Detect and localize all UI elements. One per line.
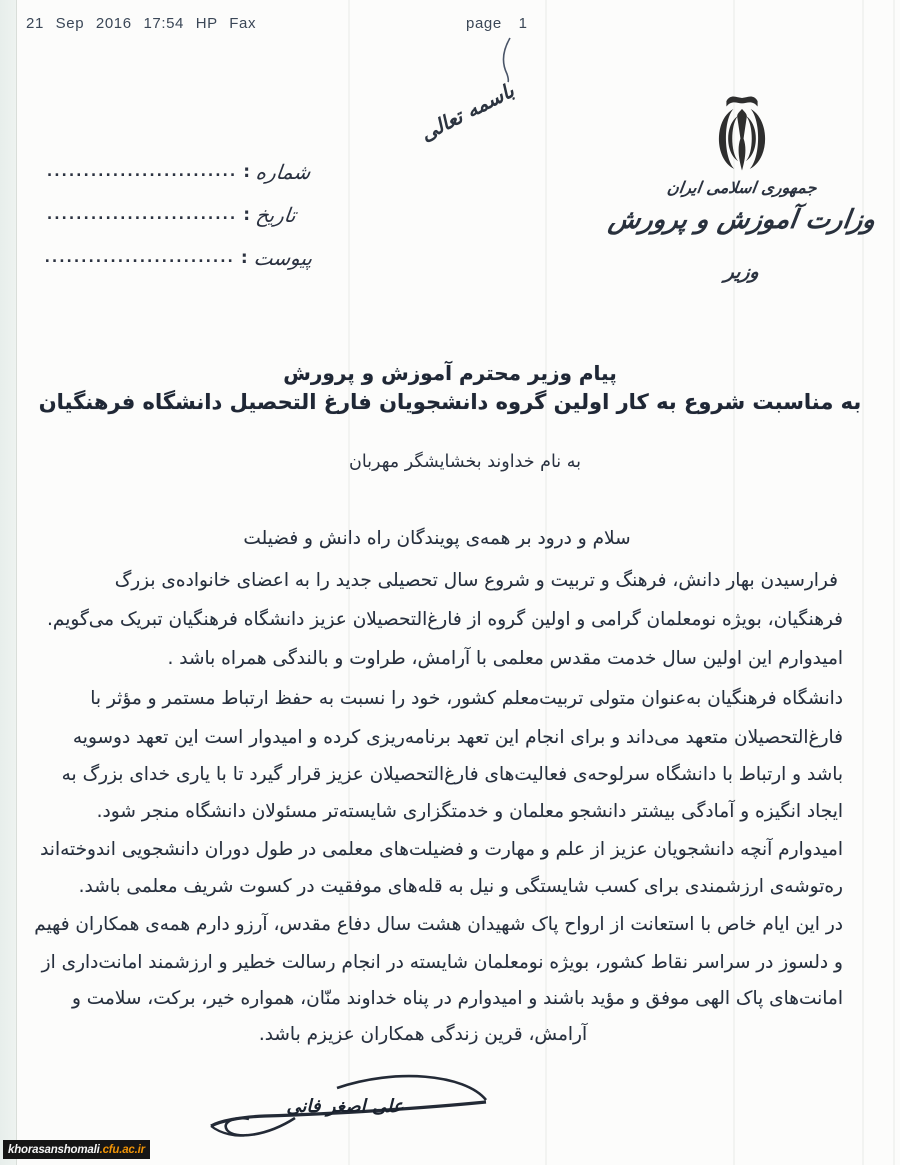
body-line: فرارسیدن بهار دانش، فرهنگ و تربیت و شروع… xyxy=(115,570,838,591)
scan-left-edge-line xyxy=(16,0,17,1165)
body-line: آرامش، قرین زندگی همکاران عزیزم باشد. xyxy=(0,1024,873,1045)
iran-national-emblem-icon xyxy=(703,90,781,180)
letterhead-ministry: وزارت آموزش و پرورش xyxy=(600,205,884,235)
field-date-row: تاریخ : .......................... xyxy=(45,193,312,236)
body-line: امیدوارم این اولین سال خدمت مقدس معلمی ب… xyxy=(168,648,843,669)
body-line: سلام و درود بر همه‌ی پویندگان راه دانش و… xyxy=(0,528,887,549)
reference-fields: شماره : .......................... تاریخ… xyxy=(45,150,312,279)
invocation-line: به نام خداوند بخشایشگر مهربان xyxy=(15,452,900,472)
field-number-row: شماره : .......................... xyxy=(45,150,312,193)
fax-page-number: page 1 xyxy=(466,15,528,32)
scan-left-edge xyxy=(0,0,16,1165)
scan-streak xyxy=(893,0,895,1165)
field-attachment-colon: : xyxy=(241,248,248,268)
body-line: و دلسوز در سراسر نقاط کشور، بویژه نومعلم… xyxy=(42,952,843,973)
watermark-domain: .cfu.ac.ir xyxy=(100,1144,145,1156)
body-line: باشد و ارتباط با دانشگاه سرلوحه‌ی فعالیت… xyxy=(62,764,843,785)
letterhead: جمهوری اسلامی ایران وزارت آموزش و پرورش … xyxy=(602,178,882,283)
letterhead-office: وزیر xyxy=(600,261,883,283)
body-line: ایجاد انگیزه و آمادگی بیشتر دانشجو معلما… xyxy=(97,801,843,822)
body-line: فرهنگیان، بویژه نومعلمان گرامی و اولین گ… xyxy=(47,609,843,630)
watermark-site-name: khorasanshomali xyxy=(8,1144,100,1156)
minister-signature: علی اصغر فانی xyxy=(185,1066,495,1144)
field-attachment-row: پیوست : .......................... xyxy=(45,236,312,279)
field-date-dots: .......................... xyxy=(47,208,237,222)
message-title-line2: به مناسبت شروع به کار اولین گروه دانشجوی… xyxy=(0,390,900,414)
field-date-colon: : xyxy=(243,205,250,225)
field-date-label: تاریخ xyxy=(255,203,314,227)
fax-document-page: 21 Sep 2016 17:54 HP Fax page 1 باسمه تع… xyxy=(0,0,900,1165)
body-line: در این ایام خاص با استعانت از ارواح پاک … xyxy=(34,914,843,935)
fax-header-datetime: 21 Sep 2016 17:54 HP Fax xyxy=(26,15,256,32)
body-line: دانشگاه فرهنگیان به‌عنوان متولی تربیت‌مع… xyxy=(90,688,843,709)
field-attachment-label: پیوست xyxy=(252,246,313,270)
scan-streak xyxy=(862,0,864,1165)
body-line: امیدوارم آنچه دانشجویان عزیز از علم و مه… xyxy=(40,839,843,860)
field-number-label: شماره xyxy=(255,160,314,184)
message-title-line1: پیام وزیر محترم آموزش و پرورش xyxy=(0,361,900,385)
signature-name-text: علی اصغر فانی xyxy=(286,1096,403,1117)
field-number-colon: : xyxy=(243,162,250,182)
bismillah-calligraphy: باسمه تعالی xyxy=(404,72,531,152)
page-word: page xyxy=(466,15,502,32)
letterhead-country: جمهوری اسلامی ایران xyxy=(601,178,884,197)
watermark-url: khorasanshomali.cfu.ac.ir xyxy=(3,1140,150,1159)
page-number: 1 xyxy=(519,15,528,32)
body-line: ره‌توشه‌ی ارزشمندی برای کسب شایستگی و نی… xyxy=(79,876,843,897)
field-attachment-dots: .......................... xyxy=(45,251,235,265)
body-line: امانت‌های پاک الهی موفق و مؤید باشند و ا… xyxy=(72,988,843,1009)
field-number-dots: .......................... xyxy=(47,165,237,179)
body-line: فارغ‌التحصیلان متعهد می‌داند و برای انجا… xyxy=(73,727,843,748)
